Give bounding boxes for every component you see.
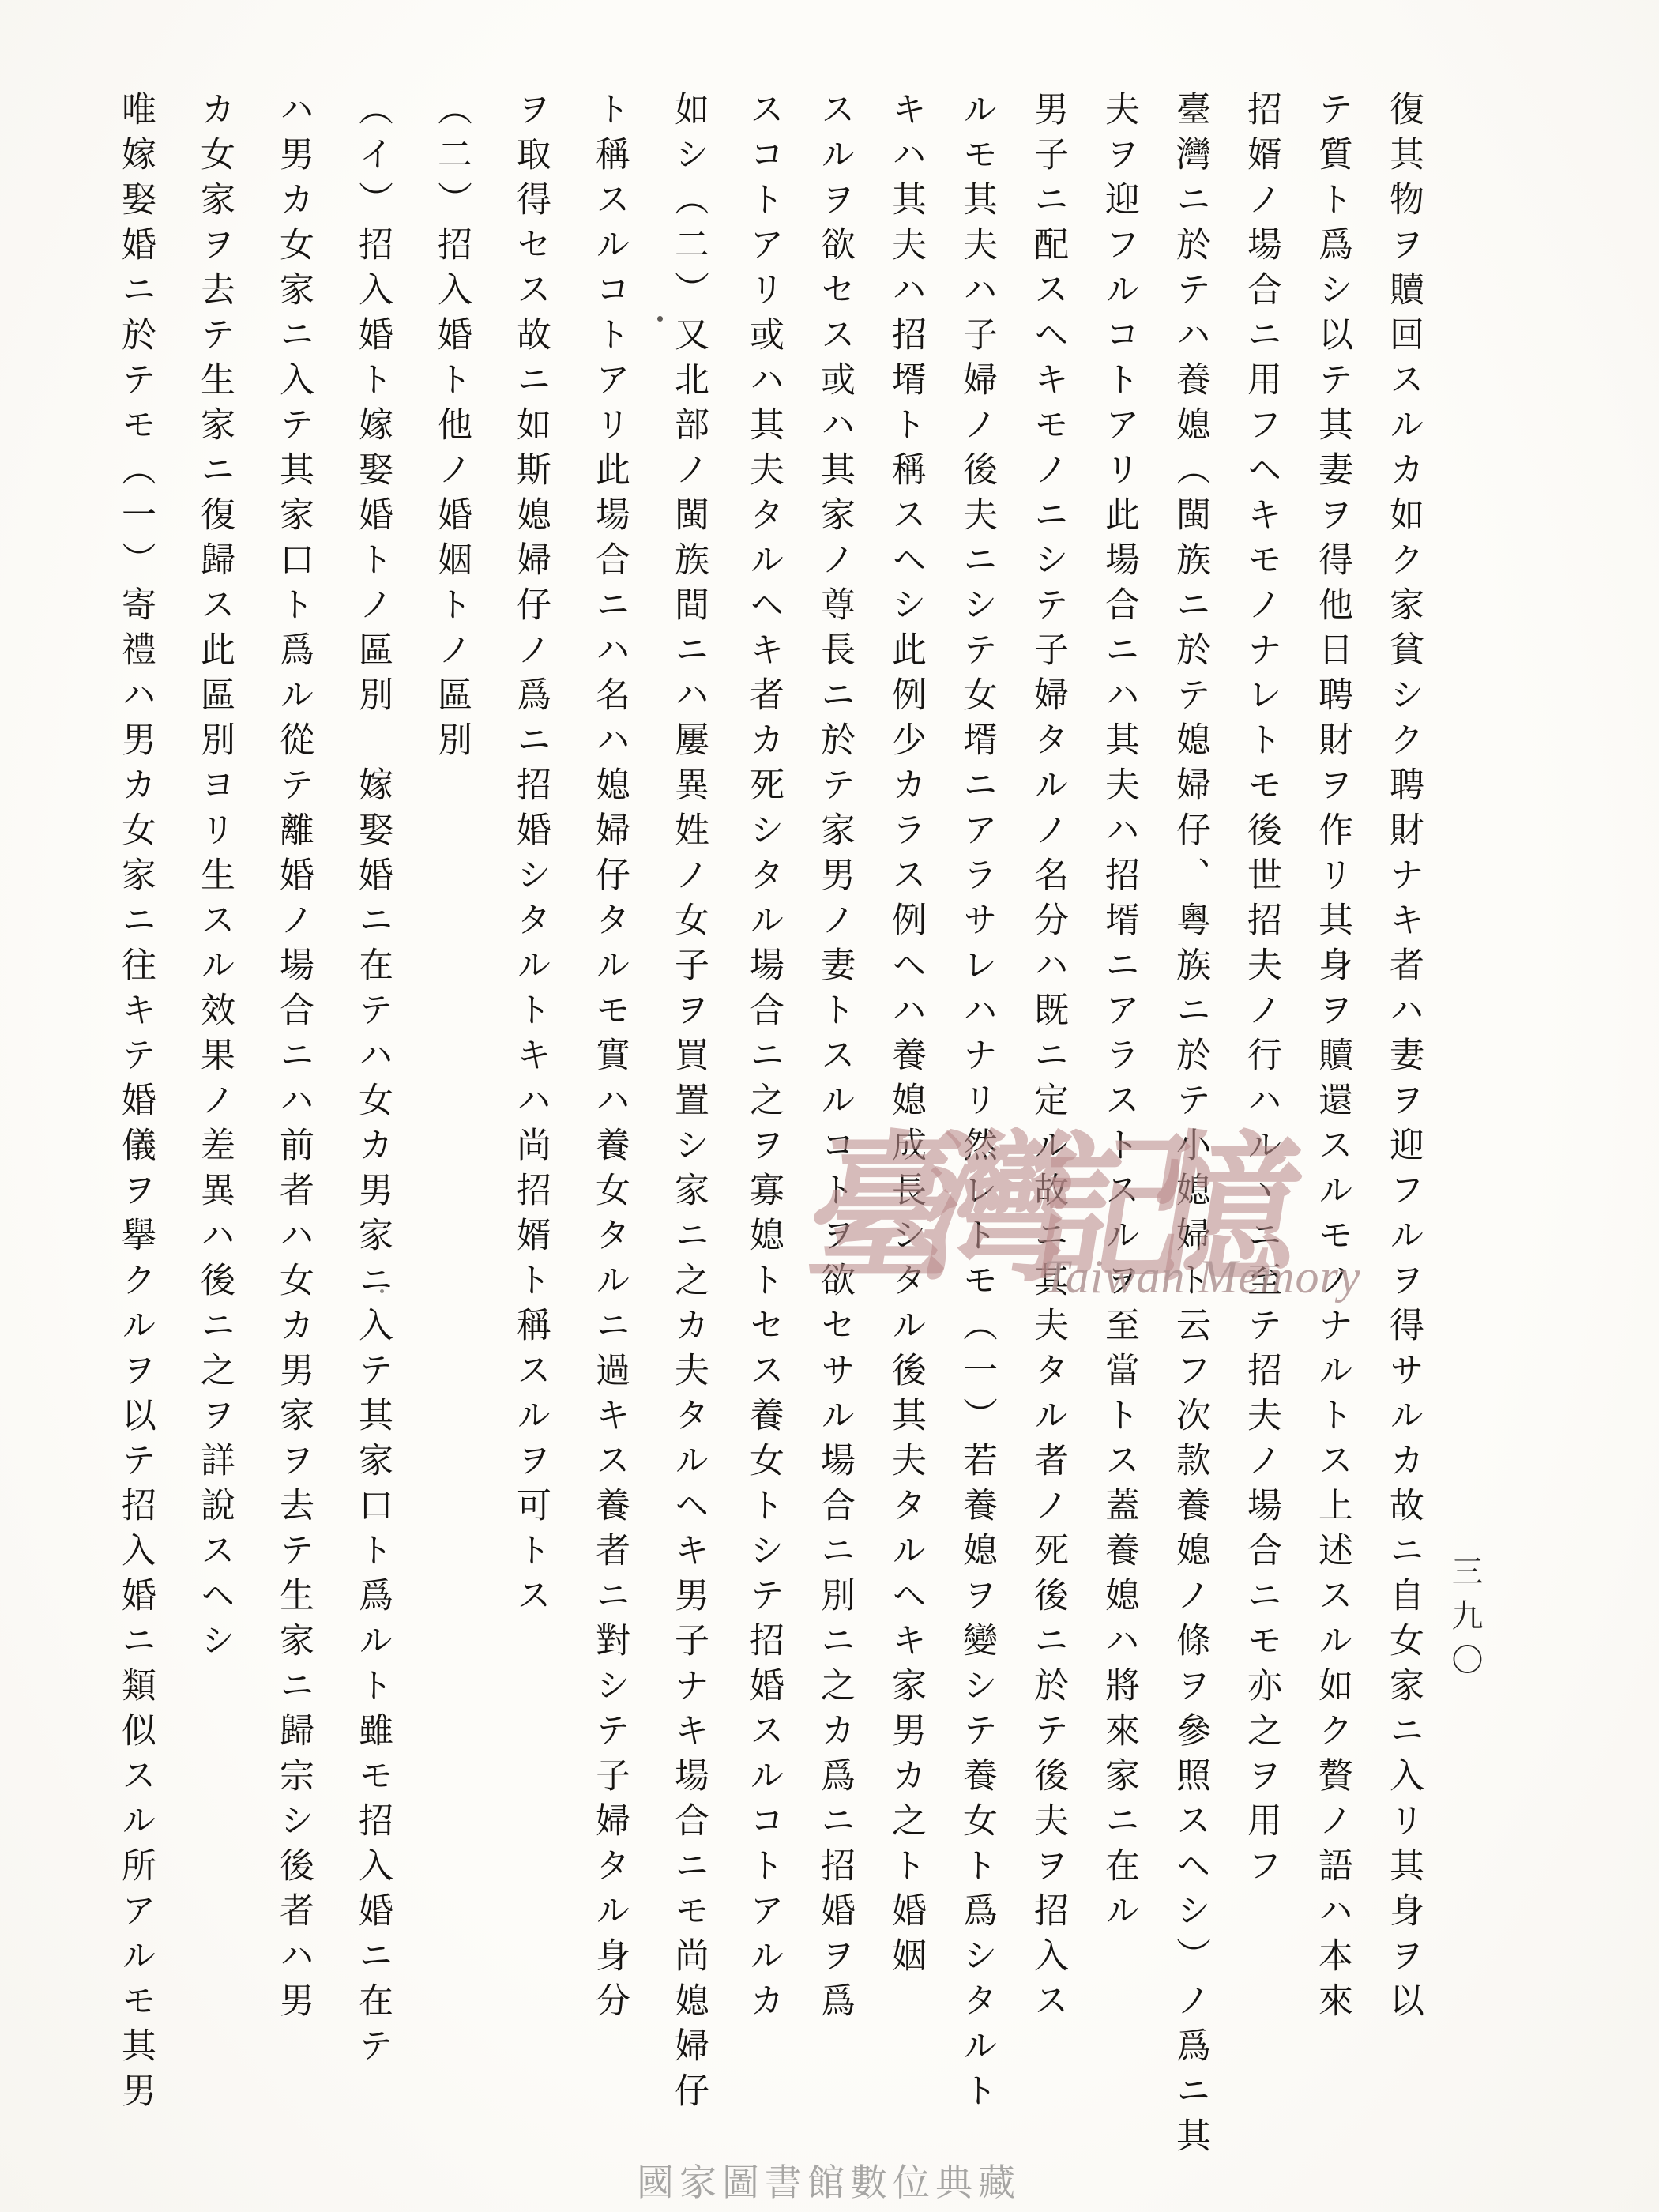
scanned-page: 復其物ヲ贖回スルカ如ク家貧シク聘財ナキ者ハ妻ヲ迎フルヲ得サルカ故ニ自女家ニ入リ其… [0, 0, 1659, 2212]
text-column: スルヲ欲セス或ハ其家ノ尊長ニ於テ家男ノ妻トスルコトヲ欲セサル場合ニ別ニ之カ爲ニ招… [799, 91, 870, 2162]
text-column: ト稱スルコトアリ此場合ニハ名ハ媳婦仔タルモ實ハ養女タルニ過キス養者ニ對シテ子婦タ… [570, 91, 649, 2162]
text-column: テ質ト爲シ以テ其妻ヲ得他日聘財ヲ作リ其身ヲ贖還スルモノナルトス上述スル如ク贅ノ語… [1296, 91, 1367, 2162]
text-column: ヲ取得セス故ニ如斯媳婦仔ノ爲ニ招婚シタルトキハ尚招婿ト稱スルヲ可トス [491, 91, 570, 2162]
text-column: 男子ニ配スヘキモノニシテ子婦タルノ名分ハ既ニ定ル故ニ其夫タル者ノ死後ニ於テ後夫ヲ… [1012, 91, 1083, 2162]
text-column: キハ其夫ハ招壻ト稱スヘシ此例少カラス例ヘハ養媳成長シタル後其夫タルヘキ家男カ之ト… [870, 91, 941, 2162]
digital-archive-stamp: 國家圖書館數位典藏 [637, 2154, 1021, 2206]
text-column: 唯嫁娶婚ニ於テモ（一）寄禮ハ男カ女家ニ往キテ婚儀ヲ擧クルヲ以テ招入婚ニ類似スル所… [96, 91, 175, 2162]
text-column: （二）招入婚ト他ノ婚姻トノ區別 [412, 91, 491, 2162]
text-column: 如シ（二）又北部ノ閩族間ニハ屢異姓ノ女子ヲ買置シ家ニ之カ夫タルヘキ男子ナキ場合ニ… [649, 91, 728, 2162]
text-column: 臺灣ニ於テハ養媳（閩族ニ於テ媳婦仔、粵族ニ於テ小媳婦ト云フ次款養媳ノ條ヲ參照スヘ… [1154, 91, 1225, 2162]
text-column: ルモ其夫ハ子婦ノ後夫ニシテ女壻ニアラサレハナリ然レトモ（一）若養媳ヲ變シテ養女ト… [941, 91, 1012, 2162]
text-column: 招婿ノ場合ニ用フヘキモノナレトモ後世招夫ノ行ハルヽニ至テ招夫ノ場合ニモ亦之ヲ用フ [1225, 91, 1296, 2162]
text-column: （イ）招入婚ト嫁娶婚トノ區別 嫁娶婚ニ在テハ女カ男家ニ入テ其家口ト爲ルト雖モ招入… [333, 91, 412, 2162]
ink-speck [657, 316, 663, 322]
page-number: 三九〇 [1443, 1555, 1488, 1687]
text-column: ハ男カ女家ニ入テ其家口ト爲ル從テ離婚ノ場合ニハ前者ハ女カ男家ヲ去テ生家ニ歸宗シ後… [254, 91, 333, 2162]
vertical-text-block: 復其物ヲ贖回スルカ如ク家貧シク聘財ナキ者ハ妻ヲ迎フルヲ得サルカ故ニ自女家ニ入リ其… [96, 91, 1439, 2162]
text-column: スコトアリ或ハ其夫タルヘキ者カ死シタル場合ニ之ヲ寡媳トセス養女トシテ招婚スルコト… [728, 91, 799, 2162]
text-column: 復其物ヲ贖回スルカ如ク家貧シク聘財ナキ者ハ妻ヲ迎フルヲ得サルカ故ニ自女家ニ入リ其… [1367, 91, 1439, 2162]
text-column: 夫ヲ迎フルコトアリ此場合ニハ其夫ハ招壻ニアラストスルヲ至當トス蓋養媳ハ將來家ニ在… [1083, 91, 1154, 2162]
ink-speck [380, 1289, 384, 1293]
text-column: カ女家ヲ去テ生家ニ復歸ス此區別ヨリ生スル效果ノ差異ハ後ニ之ヲ詳說スヘシ [175, 91, 254, 2162]
